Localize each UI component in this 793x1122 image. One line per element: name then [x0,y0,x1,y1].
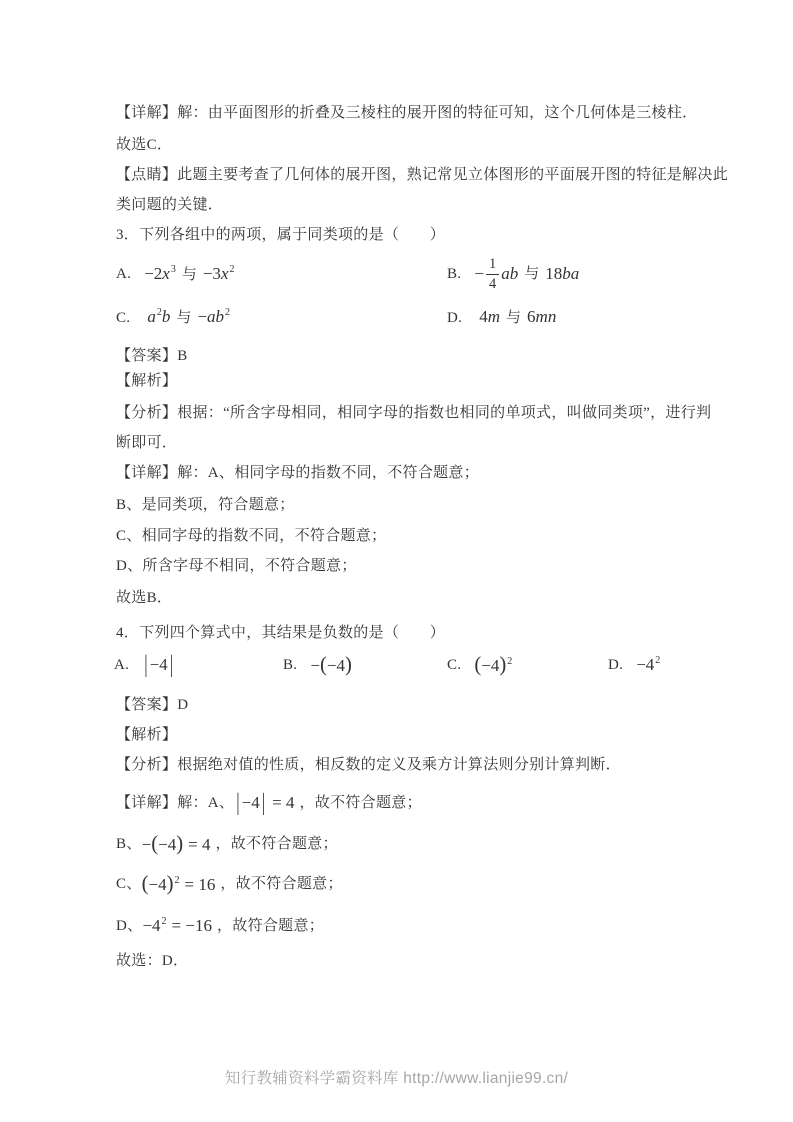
number: −4 [481,656,499,675]
close-paren: ) [167,873,174,895]
q3-option-d-label: D. [447,310,462,326]
q3-option-d: D. 4m与6mn [447,306,556,329]
q3-detail-line-d: D、所含字母不相同，不符合题意； [116,555,357,577]
exponent: 2 [175,875,180,886]
conjunction: 与 [176,310,191,326]
detail-suffix: ，故符合题意； [217,915,324,937]
q3-stem: 3．下列各组中的两项，属于同类项的是（ ） [116,224,445,246]
q2-note-line-1: 【点睛】此题主要考查了几何体的展开图，熟记常见立体图形的平面展开图的特征是解决此 [116,164,728,186]
q4-detail-line-b: B、 −(−4)= 4 ，故不符合题意； [116,827,338,861]
number: −4 [327,656,345,675]
q4-analysis-header: 【解析】 [116,724,177,746]
q4-option-c-formula: (−4)2 [474,654,512,677]
exponent: 3 [171,264,176,275]
q4-detail-line-d: D、 −42= −16 ，故符合题意； [116,909,324,943]
detail-suffix: ，故不符合题意； [215,833,337,855]
q3-option-a: A. −2x3与−3x2 [116,252,234,296]
detail-prefix: D、 [116,915,142,937]
q4-answer: 【答案】D [116,694,188,716]
exponent: 2 [229,264,234,275]
exponent: 2 [655,655,660,666]
abs-expression: |−4|= 4 [234,792,299,814]
variable: ba [562,263,579,285]
q3-option-b-formula: −14ab与18ba [474,256,579,292]
q3-option-c-formula: a2b与−ab2 [147,307,230,326]
variable: mn [536,307,557,326]
q4-option-b-label: B. [283,654,297,676]
exam-document-page: 【详解】解：由平面图形的折叠及三棱柱的展开图的特征可知，这个几何体是三棱柱． 故… [0,0,793,1122]
abs-bar: | [170,649,173,681]
q3-detail-line-c: C、相同字母的指数不同，不符合题意； [116,525,386,547]
q3-answer: 【答案】B [116,345,188,367]
q3-choose-line: 故选B． [116,587,172,609]
minus-sign: − [474,263,484,285]
q4-option-c-label: C. [447,654,461,676]
number: −4 [142,916,160,935]
q2-detail-line: 【详解】解：由平面图形的折叠及三棱柱的展开图的特征可知，这个几何体是三棱柱． [116,102,697,124]
coefficient: −2 [144,264,162,283]
coefficient: 4 [479,307,488,326]
number: −4 [150,655,168,674]
q3-detail-line-a: 【详解】解：A、相同字母的指数不同，不符合题意； [116,462,479,484]
open-paren: ( [142,873,149,895]
q4-option-a: A. |−4| [114,650,175,680]
minus-sign: − [142,835,152,854]
variable: ab [501,263,518,285]
abs-bar: | [262,787,265,819]
q3-analysis-line-2: 断即可． [116,432,177,454]
close-paren: ) [499,654,506,676]
variable: a [147,307,156,326]
conjunction: 与 [506,310,521,326]
minus-sign: − [197,307,207,326]
number: −4 [149,875,167,894]
q3-analysis-line-1: 【分析】根据：“所含字母相同，相同字母的指数也相同的单项式，叫做同类项”，进行判 [116,402,711,424]
variable: x [221,264,229,283]
equals-result: = 4 [188,835,210,854]
close-paren: ) [176,833,183,855]
abs-bar: | [236,787,239,819]
minus-sign: − [310,656,320,675]
exponent: 2 [225,307,230,318]
square-expression: −42= −16 [142,915,217,937]
coefficient: 18 [545,263,562,285]
variable: ab [207,307,224,326]
detail-prefix: 【详解】解：A、 [116,792,234,814]
coefficient: 6 [527,307,536,326]
square-expression: (−4)2= 16 [142,873,221,896]
number: −4 [158,835,176,854]
q4-detail-line-a: 【详解】解：A、 |−4|= 4 ，故不符合题意； [116,786,422,820]
q3-option-d-formula: 4m与6mn [479,307,556,326]
q4-stem: 4．下列四个算式中，其结果是负数的是（ ） [116,622,445,644]
q4-detail-line-c: C、 (−4)2= 16 ，故不符合题意； [116,867,343,901]
fraction: 14 [486,256,499,292]
conjunction: 与 [182,267,197,283]
variable: m [488,307,500,326]
equals-result: = −16 [172,916,212,935]
exponent: 2 [507,656,512,667]
q3-analysis-header: 【解析】 [116,370,177,392]
q3-option-a-formula: −2x3与−3x2 [144,263,234,286]
q3-option-c-label: C. [116,310,130,326]
open-paren: ( [320,654,327,676]
coefficient: −3 [203,264,221,283]
conjunction: 与 [524,263,539,285]
q4-option-d-formula: −42 [636,654,660,676]
q3-option-a-label: A. [116,263,131,285]
q4-option-d: D. −42 [608,650,660,680]
q4-choose-line: 故选：D． [116,950,188,972]
detail-suffix: ，故不符合题意； [220,873,342,895]
abs-bar: | [144,649,147,681]
variable: x [162,264,170,283]
q2-choose-line: 故选C． [116,134,172,156]
variable: b [162,307,171,326]
detail-prefix: B、 [116,833,142,855]
q4-analysis-line: 【分析】根据绝对值的性质，相反数的定义及乘方计算法则分别计算判断． [116,754,621,776]
q2-note-line-2: 类问题的关键． [116,194,223,216]
q4-option-d-label: D. [608,654,623,676]
site-watermark: 知行教辅资料学霸资料库 http://www.lianjie99.cn/ [0,1066,793,1088]
q3-option-b-label: B. [447,263,461,285]
detail-suffix: ，故不符合题意； [299,792,421,814]
equals-result: = 16 [185,875,216,894]
q3-option-c: C. a2b与−ab2 [116,306,230,329]
q4-option-a-label: A. [114,654,129,676]
equals-result: = 4 [272,793,294,812]
number: −4 [636,655,654,674]
negation-expression: −(−4)= 4 [142,833,216,856]
fraction-denominator: 4 [489,275,496,293]
q4-option-a-formula: |−4| [142,654,175,676]
fraction-numerator: 1 [486,256,499,275]
detail-prefix: C、 [116,873,142,895]
exponent: 2 [162,916,167,927]
q3-option-b: B. −14ab与18ba [447,252,579,296]
q4-option-c: C. (−4)2 [447,650,512,680]
close-paren: ) [345,654,352,676]
q4-option-b-formula: −(−4) [310,654,352,677]
number: −4 [242,793,260,812]
q3-detail-line-b: B、是同类项，符合题意； [116,494,295,516]
q4-option-b: B. −(−4) [283,650,352,680]
